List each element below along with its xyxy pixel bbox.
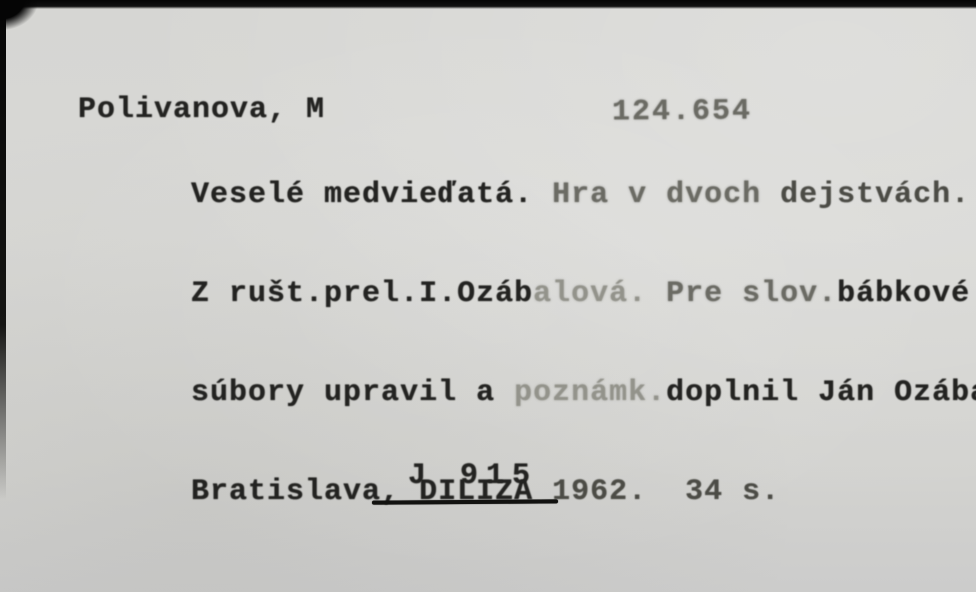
scan-artifact-corner-blob — [0, 0, 38, 30]
translation-segment: bábkové — [837, 277, 970, 311]
shelf-mark: J 915 — [408, 460, 538, 493]
scan-artifact-left-edge — [0, 0, 6, 500]
translation-line: Z rušt.prel.I.Ozábalová. Pre slov.bábkov… — [77, 245, 976, 344]
scan-artifact-top-edge — [0, 0, 976, 9]
library-catalog-card: Polivanova, M 124.654 Veselé medvieďatá.… — [0, 0, 976, 592]
imprint-segment: 34 s. — [647, 475, 780, 509]
title-segment: Hra v dvoch — [552, 178, 780, 212]
editor-segment: doplnil Ján Ozábal — [666, 376, 976, 410]
editor-segment: poznámk. — [514, 376, 666, 410]
editor-line: súbory upravil a poznámk.doplnil Ján Ozá… — [77, 344, 976, 443]
translation-segment: Z rušt.prel.I.Ozáb — [191, 277, 533, 311]
imprint-segment: 1962. — [552, 475, 647, 509]
author-heading: Polivanova, M — [78, 94, 325, 127]
editor-segment: súbory upravil a — [191, 376, 514, 410]
translation-segment: Pre slov. — [666, 277, 837, 311]
translation-segment: alová. — [533, 277, 666, 311]
title-line: Veselé medvieďatá. Hra v dvoch dejstvách… — [77, 146, 976, 245]
call-number: 124.654 — [612, 96, 752, 130]
title-segment: Veselé medvieďatá. — [191, 178, 552, 212]
title-segment: dejstvách. — [780, 178, 970, 212]
